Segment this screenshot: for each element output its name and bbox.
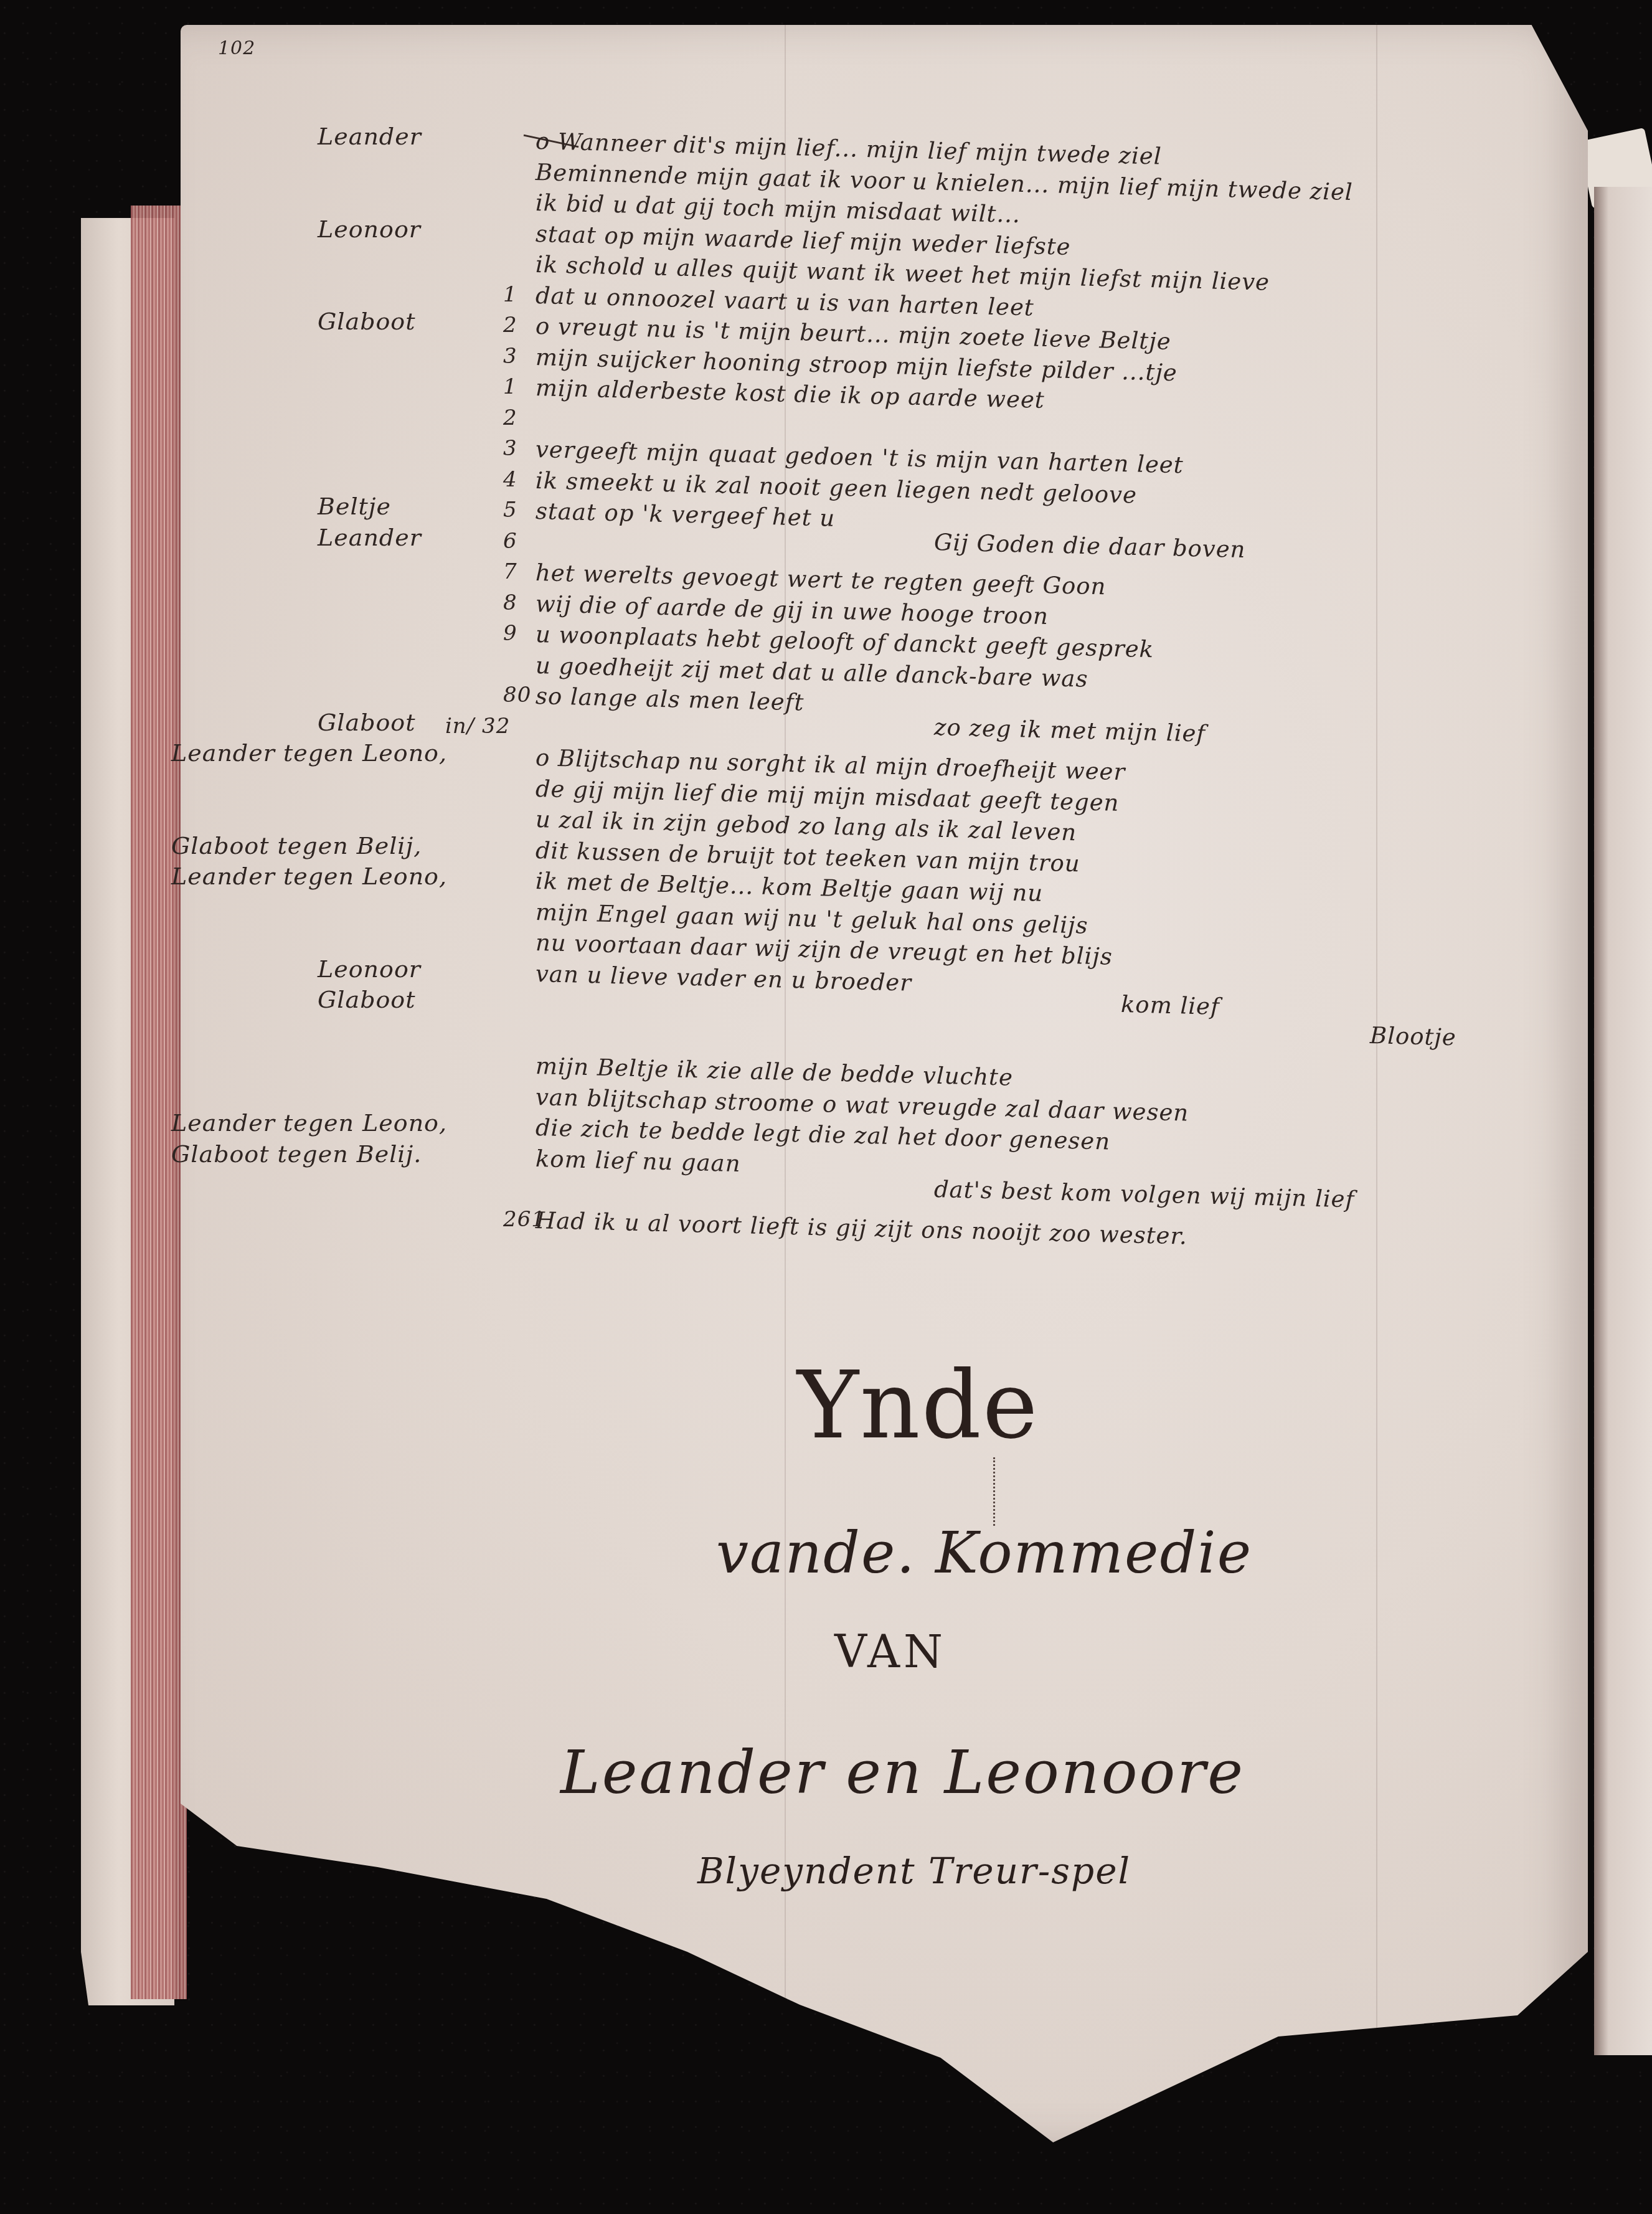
line-number: 80 [503,683,531,707]
speaker-name: Glaboot [318,308,416,335]
line-number: 6 [503,529,517,554]
line-number: 1 [503,374,517,399]
dialogue-line: kom lief nu gaan [535,1145,741,1177]
speaker-name: Glaboot tegen Belij. [171,1140,422,1168]
speaker-name: Beltje [318,493,391,520]
dialogue-line: Blootje [1369,1022,1456,1051]
right-page-sliver [1594,187,1652,2055]
colophon-vande-kommedie: vande. Kommedie [716,1520,1252,1586]
speaker-name: Leander tegen Leono, [171,739,447,767]
line-number: 3 [503,344,517,369]
line-number: in/ 32 [445,714,510,739]
line-number: 7 [503,559,517,584]
speaker-name: Leander tegen Leono, [171,1109,447,1137]
colophon-subtitle: Blyeyndent Treur-spel [697,1850,1131,1892]
line-number: 3 [503,436,517,461]
speaker-name: Leander [318,524,422,551]
speaker-name: Glaboot [318,986,416,1013]
speaker-name: Leonoor [318,215,421,243]
line-number: 2 [503,313,517,338]
line-number: 2 [503,405,517,430]
speaker-name: Leander [318,123,422,150]
speaker-name: Glaboot [318,709,416,736]
line-number: 1 [503,282,517,307]
speaker-name: Leonoor [318,955,421,983]
line-number: 5 [503,498,517,523]
speaker-name: Glaboot tegen Belij, [171,832,422,859]
folio-number: 102 [218,37,255,59]
line-number: 8 [503,590,517,615]
dotted-guide-mark [993,1457,995,1526]
colophon-title-names: Leander en Leonoore [560,1738,1245,1807]
line-number: 9 [503,621,517,646]
dialogue-line: kom lief [1120,991,1220,1020]
line-number: 4 [503,467,517,492]
colophon-ynde: Ynde [797,1351,1039,1460]
colophon-van: VAN [834,1625,946,1678]
red-page-edges [131,206,187,1999]
speaker-name: Leander tegen Leono, [171,863,447,890]
ruling-line [1376,25,1377,2142]
